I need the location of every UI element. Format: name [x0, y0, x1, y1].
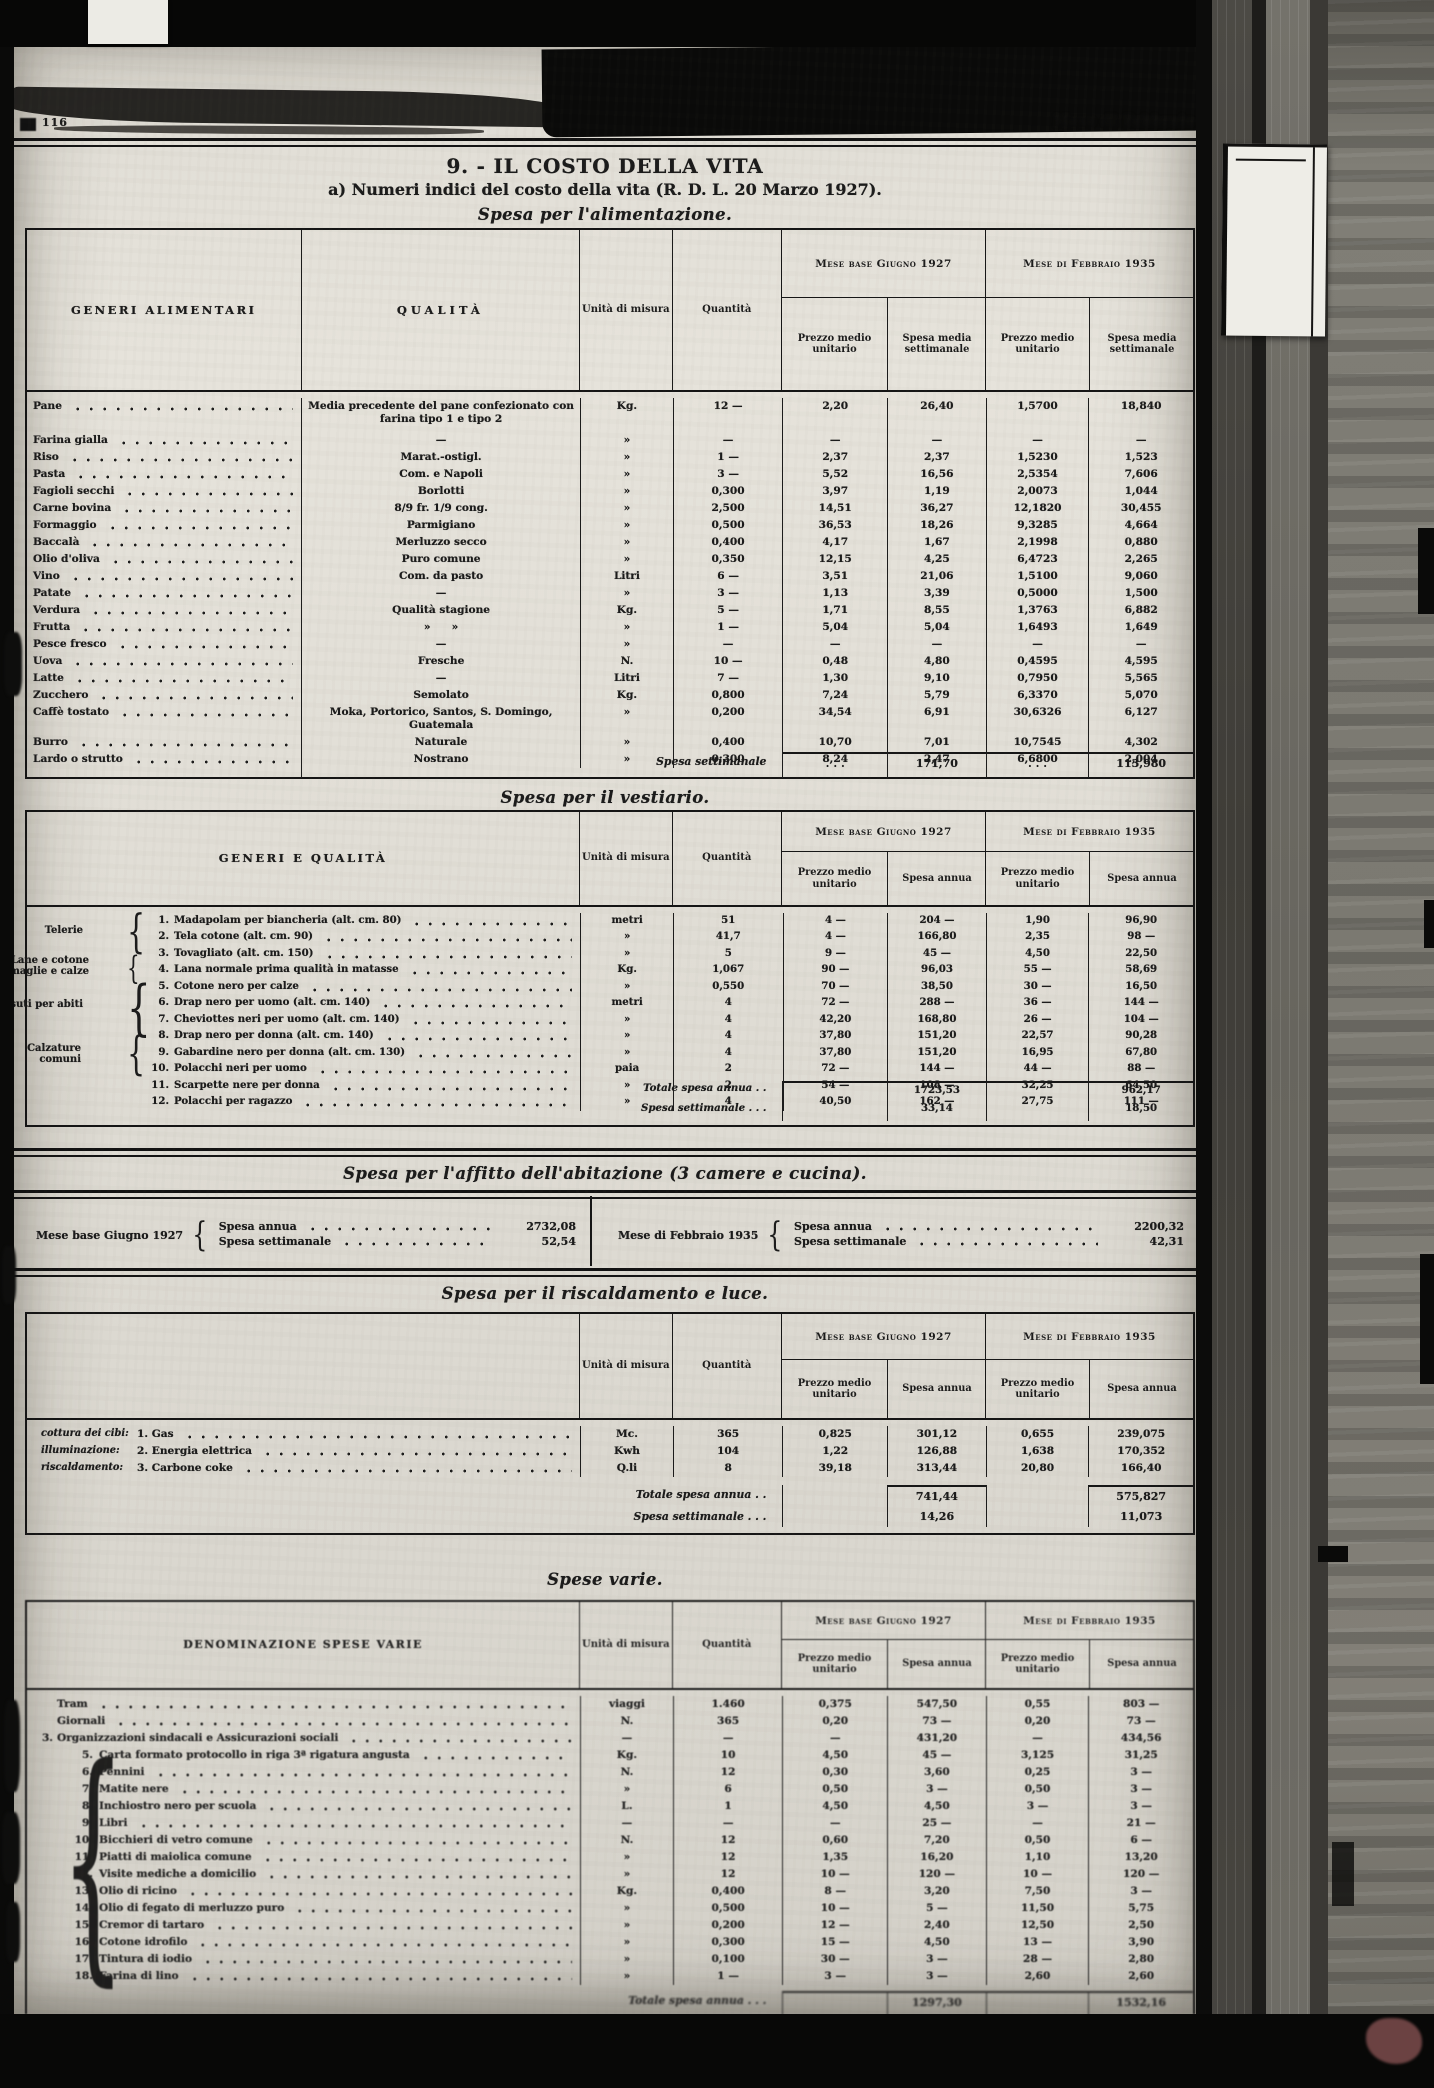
food-row: Pasta Com. e Napoli » 3 — 5,52 16,56 2,5… — [27, 466, 1193, 483]
misc-row: 12.Visite mediche a domicilio » 12 10 — … — [27, 1866, 1193, 1883]
quality-cell: Com. e Napoli — [301, 466, 580, 483]
food-table-body: Pane Media precedente del pane confezion… — [27, 392, 1193, 752]
group-brace: { — [127, 1031, 145, 1075]
spend-1927-cell: 162 — — [887, 1095, 986, 1112]
unit-cell: » — [580, 751, 673, 768]
dot-leader — [106, 522, 293, 534]
clothing-table: GENERI E QUALITÀ Unità di misura Quantit… — [25, 810, 1195, 1127]
qty-cell: 6 — — [673, 568, 783, 585]
margin-fragment — [4, 632, 22, 696]
spend-1935-cell: 88 — — [1088, 1062, 1193, 1079]
item-cell: illuminazione:2. Energia elettrica — [27, 1443, 580, 1460]
paper-tab — [88, 0, 168, 44]
col-header-qualita: QUALITÀ — [301, 230, 580, 390]
misc-row: 6.Pennini N. 12 0,30 3,60 0,25 3 — — [27, 1764, 1193, 1781]
item-label: Cotone nero per calze — [174, 981, 299, 993]
food-name-cell: Caffè tostato — [27, 704, 301, 734]
clothing-table-header: GENERI E QUALITÀ Unità di misura Quantit… — [27, 812, 1193, 907]
divider-rule — [14, 1190, 1196, 1199]
bookmark-card — [1221, 143, 1327, 336]
food-name: Fagioli secchi — [33, 485, 114, 498]
spend-1927-cell: — — [887, 432, 986, 449]
spend-1927-cell: 4,25 — [887, 551, 986, 568]
food-name-cell: Burro — [27, 734, 301, 751]
quality-cell: Nostrano — [301, 751, 580, 768]
spend-1927-cell: 36,27 — [887, 500, 986, 517]
spend-1935-cell: 1,523 — [1088, 449, 1193, 466]
spend-1935-cell: 4,664 — [1088, 517, 1193, 534]
food-name: Latte — [33, 672, 64, 685]
price-1927-cell: 10,70 — [782, 734, 887, 751]
price-1927-cell: — — [782, 432, 887, 449]
spend-1935-cell: 18,840 — [1088, 398, 1193, 432]
price-1927-cell: 1,13 — [782, 585, 887, 602]
qty-cell: 7 — — [673, 670, 783, 687]
price-1935-cell: 6,3370 — [986, 687, 1089, 704]
food-name: Pesce fresco — [33, 638, 107, 651]
item-label: Drap nero per donna (alt. cm. 140) — [174, 1030, 374, 1042]
price-1935-cell: 1,5700 — [986, 398, 1089, 432]
item-label: 1. Gas — [137, 1428, 174, 1441]
price-1935-cell: 10,7545 — [986, 734, 1089, 751]
item-label: Tela cotone (alt. cm. 90) — [174, 931, 313, 943]
price-1927-cell: 14,51 — [782, 500, 887, 517]
price-1935-cell: 6,4723 — [986, 551, 1089, 568]
col-header-mese-1935: Mese di Febbraio 1935 — [986, 230, 1193, 298]
food-row: Burro Naturale » 0,400 10,70 7,01 10,754… — [27, 734, 1193, 751]
price-1935-cell: 4,50 — [986, 946, 1089, 963]
dot-leader — [316, 1066, 572, 1078]
food-name-cell: Patate — [27, 585, 301, 602]
price-1927-cell: — — [782, 636, 887, 653]
food-row: Olio d'oliva Puro comune » 0,350 12,15 4… — [27, 551, 1193, 568]
food-name-cell: Lardo o strutto — [27, 751, 301, 768]
dot-leader — [68, 454, 293, 466]
spend-1927-cell: 204 — — [887, 913, 986, 930]
heating-table-body: cottura dei cibi:1. Gas Mc. 365 0,825 30… — [27, 1420, 1193, 1527]
misc-row: 8.Inchiostro nero per scuola L. 1 4,50 4… — [27, 1798, 1193, 1815]
price-1927-cell: 4,17 — [782, 534, 887, 551]
price-1927-cell: 36,53 — [782, 517, 887, 534]
spend-1927-cell: 38,50 — [887, 979, 986, 996]
food-row: Baccalà Merluzzo secco » 0,400 4,17 1,67… — [27, 534, 1193, 551]
empty-header — [27, 1314, 579, 1418]
qty-cell: 0,350 — [673, 551, 783, 568]
qty-cell: 0,400 — [673, 534, 783, 551]
item-cell: 5.Cotone nero per calze — [27, 979, 580, 996]
unit-cell: metri — [580, 996, 673, 1013]
dot-leader — [71, 658, 293, 670]
price-1927-cell: 3,97 — [782, 483, 887, 500]
spend-1927-cell: 2,37 — [887, 449, 986, 466]
rent-brace: { — [192, 1215, 207, 1255]
spend-1927-cell: 168,80 — [887, 1012, 986, 1029]
margin-fragment — [6, 1902, 20, 1962]
food-name-cell: Baccalà — [27, 534, 301, 551]
item-cell: 3.Tovagliato (alt. cm. 150) — [27, 946, 580, 963]
food-row: Fagioli secchi Borlotti » 0,300 3,97 1,1… — [27, 483, 1193, 500]
food-name-cell: Pesce fresco — [27, 636, 301, 653]
unit-cell: » — [580, 619, 673, 636]
price-1935-cell: 16,95 — [986, 1045, 1089, 1062]
col-group-1935: Mese di Febbraio 1935 Prezzo medio unita… — [985, 812, 1193, 905]
unit-cell: » — [580, 1029, 673, 1046]
food-name: Patate — [33, 587, 71, 600]
misc-row: 13.Olio di ricino Kg. 0,400 8 — 3,20 7,5… — [27, 1883, 1193, 1900]
divider-rule — [14, 1148, 1196, 1157]
price-1927-cell: 1,71 — [782, 602, 887, 619]
price-1927-cell: 4 — — [783, 913, 888, 930]
unit-cell: » — [580, 1078, 673, 1095]
quality-cell: 8/9 fr. 1/9 cong. — [301, 500, 580, 517]
quality-cell: — — [301, 585, 580, 602]
spend-1935-cell: 6,882 — [1088, 602, 1193, 619]
spend-1935-cell: 1,649 — [1088, 619, 1193, 636]
misc-total-annual: Totale spesa annua . . . 1297,30 1532,16 — [27, 1991, 1193, 2014]
food-row: Lardo o strutto Nostrano » 0,300 8,24 2,… — [27, 751, 1193, 768]
rent-annual-1927: 2732,08 — [498, 1220, 576, 1234]
dot-leader — [383, 1033, 573, 1045]
qty-cell: 41,7 — [673, 930, 783, 947]
price-1935-cell: 0,5000 — [986, 585, 1089, 602]
food-name: Burro — [33, 736, 68, 749]
quality-cell: Moka, Portorico, Santos, S. Domingo, Gua… — [301, 704, 580, 734]
heating-table-header: Unità di misura Quantità Mese base Giugn… — [27, 1314, 1193, 1420]
food-name: Zucchero — [33, 689, 88, 702]
price-1927-cell: 4 — — [783, 930, 888, 947]
clothing-row: 7.Cheviottes neri per uomo (alt. cm. 140… — [27, 1012, 1193, 1029]
food-name: Formaggio — [33, 519, 97, 532]
heating-row: cottura dei cibi:1. Gas Mc. 365 0,825 30… — [27, 1426, 1193, 1443]
book-photo: 116 Mese di Febbraio 9. - IL COSTO DELLA… — [0, 0, 1434, 2088]
item-cell: 7.Cheviottes neri per uomo (alt. cm. 140… — [27, 1012, 580, 1029]
unit-cell: » — [580, 517, 673, 534]
rent-divider — [590, 1196, 592, 1266]
heating-total-annual: Totale spesa annua . . 741,44 575,827 — [27, 1485, 1193, 1507]
qty-cell: 3 — — [673, 466, 783, 483]
misc-table-header: DENOMINAZIONE SPESE VARIE Unità di misur… — [27, 1602, 1193, 1690]
col-header-spesa-1927: Spesa media settimanale — [887, 298, 986, 390]
spend-1927-cell: 5,79 — [887, 687, 986, 704]
dot-leader — [323, 951, 573, 963]
food-row: Patate — » 3 — 1,13 3,39 0,5000 1,500 — [27, 585, 1193, 602]
qty-cell: 4 — [673, 1095, 783, 1112]
unit-cell: metri — [580, 913, 673, 930]
item-cell: 10.Polacchi neri per uomo — [27, 1062, 580, 1079]
misc-row: 5.Carta formato protocollo in riga 3ª ri… — [27, 1747, 1193, 1764]
annual-total-1935: 575,827 — [1088, 1485, 1193, 1507]
edge-mark — [1424, 900, 1434, 948]
qty-cell: 0,550 — [673, 979, 783, 996]
price-1935-cell: 2,35 — [986, 930, 1089, 947]
edge-mark — [1332, 1842, 1354, 1906]
divider-rule — [14, 1268, 1196, 1277]
spend-1927-cell: 144 — — [887, 1062, 986, 1079]
spend-1935-cell: 144 — — [1088, 996, 1193, 1013]
heating-table: Unità di misura Quantità Mese base Giugn… — [25, 1312, 1195, 1535]
misc-row: 11.Piatti di maiolica comune » 12 1,35 1… — [27, 1849, 1193, 1866]
clothing-row: 6.Drap nero per uomo (alt. cm. 140) metr… — [27, 996, 1193, 1013]
qty-cell: 12 — — [673, 398, 783, 432]
quality-cell: — — [301, 636, 580, 653]
price-1935-cell: 30,6326 — [986, 704, 1089, 734]
unit-cell: » — [580, 636, 673, 653]
spend-1935-cell: 2,004 — [1088, 751, 1193, 768]
misc-row: 16.Cotone idrofilo » 0,300 15 — 4,50 13 … — [27, 1934, 1193, 1951]
qty-cell: — — [673, 432, 783, 449]
spend-1927-cell: 45 — — [887, 946, 986, 963]
rent-brace: { — [768, 1215, 783, 1255]
food-row: Latte — Litri 7 — 1,30 9,10 0,7950 5,565 — [27, 670, 1193, 687]
group-label-telerie: Telerie — [14, 925, 83, 936]
unit-cell: » — [580, 551, 673, 568]
price-1935-cell: — — [986, 432, 1089, 449]
food-row: Pesce fresco — » — — — — — — [27, 636, 1193, 653]
price-1927-cell: 5,04 — [782, 619, 887, 636]
price-1935-cell: 2,1998 — [986, 534, 1089, 551]
food-row: Farina gialla — » — — — — — — [27, 432, 1193, 449]
quality-cell: Merluzzo secco — [301, 534, 580, 551]
price-1927-cell: 40,50 — [783, 1095, 888, 1112]
food-name-cell: Verdura — [27, 602, 301, 619]
quality-cell: Com. da pasto — [301, 568, 580, 585]
quality-cell: Parmigiano — [301, 517, 580, 534]
side-label: cottura dei cibi: — [41, 1428, 137, 1441]
qty-cell: 4 — [673, 1029, 783, 1046]
rent-1935-block: Mese di Febbraio 1935 { Spesa annua2200,… — [618, 1204, 1184, 1266]
unit-cell: » — [580, 734, 673, 751]
item-cell: 8.Drap nero per donna (alt. cm. 140) — [27, 1029, 580, 1046]
price-1935-cell: 12,1820 — [986, 500, 1089, 517]
misc-row: 14.Olio di fegato di merluzzo puro » 0,5… — [27, 1900, 1193, 1917]
qty-cell: 4 — [673, 1012, 783, 1029]
food-table-header: GENERI ALIMENTARI QUALITÀ Unità di misur… — [27, 230, 1193, 392]
price-1927-cell: 7,24 — [782, 687, 887, 704]
section-title-riscaldamento: Spesa per il riscaldamento e luce. — [14, 1284, 1196, 1303]
col-header-unita: Unità di misura — [579, 230, 672, 390]
food-name-cell: Farina gialla — [27, 432, 301, 449]
spend-1935-cell: — — [1088, 636, 1193, 653]
document-page: 116 Mese di Febbraio 9. - IL COSTO DELLA… — [14, 46, 1196, 2014]
qty-cell: 0,300 — [673, 483, 783, 500]
col-header-quantita: Quantità — [672, 812, 781, 905]
book-gutter-shadow — [1196, 0, 1212, 2088]
edge-mark — [1418, 528, 1434, 614]
spend-1935-cell: — — [1088, 432, 1193, 449]
rent-period-1927: Mese base Giugno 1927 — [36, 1229, 189, 1242]
rent-weekly-1935: 42,31 — [1106, 1235, 1184, 1249]
item-label: Scarpette nere per donna — [174, 1080, 320, 1092]
price-1935-cell: 44 — — [986, 1062, 1089, 1079]
edge-mark — [1420, 1254, 1434, 1384]
spend-1927-cell: 96,03 — [887, 963, 986, 980]
food-row: Pane Media precedente del pane confezion… — [27, 398, 1193, 432]
misc-row: 9.Libri — — — 25 — — 21 — — [27, 1815, 1193, 1832]
food-row: Zucchero Semolato Kg. 0,800 7,24 5,79 6,… — [27, 687, 1193, 704]
spend-1935-cell: 0,880 — [1088, 534, 1193, 551]
dot-leader — [329, 1083, 573, 1095]
quality-cell: Semolato — [301, 687, 580, 704]
unit-cell: paia — [580, 1062, 673, 1079]
side-label: illuminazione: — [41, 1445, 137, 1458]
col-header-prezzo-1927: Prezzo medio unitario — [782, 298, 887, 390]
spend-1935-cell: 5,070 — [1088, 687, 1193, 704]
spend-1927-cell: 151,20 — [887, 1045, 986, 1062]
price-1927-cell: 72 — — [783, 1062, 888, 1079]
dot-leader — [117, 437, 293, 449]
col-group-1935: Mese di Febbraio 1935 Prezzo medio unita… — [985, 230, 1193, 390]
qty-cell: 0,800 — [673, 687, 783, 704]
item-cell: 11.Scarpette nere per donna — [27, 1078, 580, 1095]
spend-1935-cell: 9,060 — [1088, 568, 1193, 585]
dot-leader — [97, 692, 293, 704]
unit-cell: Kg. — [580, 963, 673, 980]
price-1927-cell: 42,20 — [783, 1012, 888, 1029]
section-title-affitto: Spesa per l'affitto dell'abitazione (3 c… — [14, 1164, 1196, 1183]
price-1935-cell: 1,6493 — [986, 619, 1089, 636]
item-label: Polacchi per ragazzo — [174, 1096, 292, 1108]
food-name: Carne bovina — [33, 502, 111, 515]
spend-1935-cell: 67,80 — [1088, 1045, 1193, 1062]
qty-cell: 0,500 — [673, 517, 783, 534]
dot-leader — [116, 641, 293, 653]
misc-row: 3.Organizzazioni sindacali e Assicurazio… — [27, 1730, 1193, 1747]
food-row: Frutta » » » 1 — 5,04 5,04 1,6493 1,649 — [27, 619, 1193, 636]
spend-1927-cell: 7,01 — [887, 734, 986, 751]
price-1935-cell: 9,3285 — [986, 517, 1089, 534]
quality-cell: Qualità stagione — [301, 602, 580, 619]
food-name-cell: Pasta — [27, 466, 301, 483]
dot-leader — [379, 1000, 572, 1012]
group-brace: { — [127, 909, 145, 953]
price-1927-cell: 90 — — [783, 963, 888, 980]
item-cell: 12.Polacchi per ragazzo — [27, 1095, 580, 1112]
spend-1927-cell: 288 — — [887, 996, 986, 1013]
spend-1935-cell: 1,044 — [1088, 483, 1193, 500]
food-name: Vino — [33, 570, 60, 583]
qty-cell: 4 — [673, 1045, 783, 1062]
margin-fragment — [2, 1812, 20, 1884]
dot-leader — [73, 675, 293, 687]
unit-cell: » — [580, 1045, 673, 1062]
price-1927-cell: 2,37 — [782, 449, 887, 466]
item-cell: cottura dei cibi:1. Gas — [27, 1426, 580, 1443]
spend-1935-cell: 1,500 — [1088, 585, 1193, 602]
price-1927-cell: 1,30 — [782, 670, 887, 687]
edge-mark — [1318, 1546, 1348, 1562]
group-label-lane: Lane e cotonemaglie e calze — [14, 955, 89, 977]
group-label-calzature: Calzature comuni — [14, 1043, 81, 1065]
food-name: Pasta — [33, 468, 65, 481]
food-name: Pane — [33, 400, 62, 413]
item-label: Tovagliato (alt. cm. 150) — [174, 948, 314, 960]
dot-leader — [79, 624, 293, 636]
spend-1935-cell: 111 — — [1088, 1095, 1193, 1112]
qty-cell: 10 — — [673, 653, 783, 670]
col-header-denominazione: DENOMINAZIONE SPESE VARIE — [27, 1602, 579, 1688]
quality-cell: » » — [301, 619, 580, 636]
divider-rule — [14, 138, 1196, 147]
price-1927-cell: 72 — — [783, 996, 888, 1013]
qty-cell: 2 — [673, 1062, 783, 1079]
spend-1935-cell: 104 — — [1088, 1012, 1193, 1029]
dot-leader — [409, 1017, 573, 1029]
item-cell: 9.Gabardine nero per donna (alt. cm. 130… — [27, 1045, 580, 1062]
price-1935-cell: 1,3763 — [986, 602, 1089, 619]
food-table: GENERI ALIMENTARI QUALITÀ Unità di misur… — [25, 228, 1195, 779]
price-1935-cell: 1,5100 — [986, 568, 1089, 585]
spend-1935-cell: 58,69 — [1088, 963, 1193, 980]
dot-leader — [414, 1050, 572, 1062]
item-label: Tram — [57, 1698, 88, 1711]
rent-annual-1935: 2200,32 — [1106, 1220, 1184, 1234]
unit-cell: » — [580, 930, 673, 947]
price-1935-cell: 27,75 — [986, 1095, 1089, 1112]
col-header-unita: Unità di misura — [579, 812, 672, 905]
section-title-alimentazione: Spesa per l'alimentazione. — [14, 205, 1196, 224]
dot-leader — [301, 1099, 572, 1111]
item-label: Gabardine nero per donna (alt. cm. 130) — [174, 1047, 405, 1059]
quality-cell: Borlotti — [301, 483, 580, 500]
group-label-tessuti: Tessuti per abiti — [14, 999, 83, 1010]
qty-cell: 1,067 — [673, 963, 783, 980]
dot-leader — [123, 488, 293, 500]
misc-row: 10.Bicchieri di vetro comune N. 12 0,60 … — [27, 1832, 1193, 1849]
book-fore-edge — [1328, 0, 1434, 2088]
price-1935-cell: 0,4595 — [986, 653, 1089, 670]
spend-1927-cell: 166,80 — [887, 930, 986, 947]
item-label: 2. Energia elettrica — [137, 1445, 252, 1458]
clothing-table-body: Telerie { Lane e cotonemaglie e calze { … — [27, 907, 1193, 1081]
clothing-row: 8.Drap nero per donna (alt. cm. 140) » 4… — [27, 1029, 1193, 1046]
unit-cell: » — [580, 449, 673, 466]
food-name: Olio d'oliva — [33, 553, 100, 566]
item-cell: 2.Tela cotone (alt. cm. 90) — [27, 930, 580, 947]
qty-cell: 5 — [673, 946, 783, 963]
spend-1935-cell: 16,50 — [1088, 979, 1193, 996]
price-1935-cell: 6,6800 — [986, 751, 1089, 768]
col-header-quantita: Quantità — [672, 230, 781, 390]
food-row: Vino Com. da pasto Litri 6 — 3,51 21,06 … — [27, 568, 1193, 585]
heating-row: illuminazione:2. Energia elettrica Kwh 1… — [27, 1443, 1193, 1460]
item-label: 3. Carbone coke — [137, 1462, 233, 1475]
dot-leader — [71, 403, 293, 415]
unit-cell: » — [580, 946, 673, 963]
unit-cell: » — [580, 432, 673, 449]
clothing-row: 1.Madapolam per biancheria (alt. cm. 80)… — [27, 913, 1193, 930]
price-1927-cell: 34,54 — [782, 704, 887, 734]
food-name: Verdura — [33, 604, 80, 617]
spend-1927-cell: 1,67 — [887, 534, 986, 551]
unit-cell: » — [580, 1012, 673, 1029]
food-name: Lardo o strutto — [33, 753, 123, 766]
quality-cell: — — [301, 432, 580, 449]
unit-cell: » — [580, 466, 673, 483]
unit-cell: Kg. — [580, 398, 673, 432]
spend-1927-cell: 3,39 — [887, 585, 986, 602]
rent-1927-block: Mese base Giugno 1927 { Spesa annua2732,… — [36, 1204, 576, 1266]
side-label: riscaldamento: — [41, 1462, 137, 1475]
food-name: Riso — [33, 451, 59, 464]
spend-1935-cell: 4,302 — [1088, 734, 1193, 751]
annual-total-1935: 1532,16 — [1088, 1991, 1193, 2014]
section-title-vestiario: Spesa per il vestiario. — [14, 788, 1196, 807]
spend-1935-cell: 64,50 — [1088, 1078, 1193, 1095]
spend-1927-cell: 108 — — [887, 1078, 986, 1095]
food-name-cell: Carne bovina — [27, 500, 301, 517]
price-1935-cell: 1,5230 — [986, 449, 1089, 466]
spend-1927-cell: — — [887, 636, 986, 653]
